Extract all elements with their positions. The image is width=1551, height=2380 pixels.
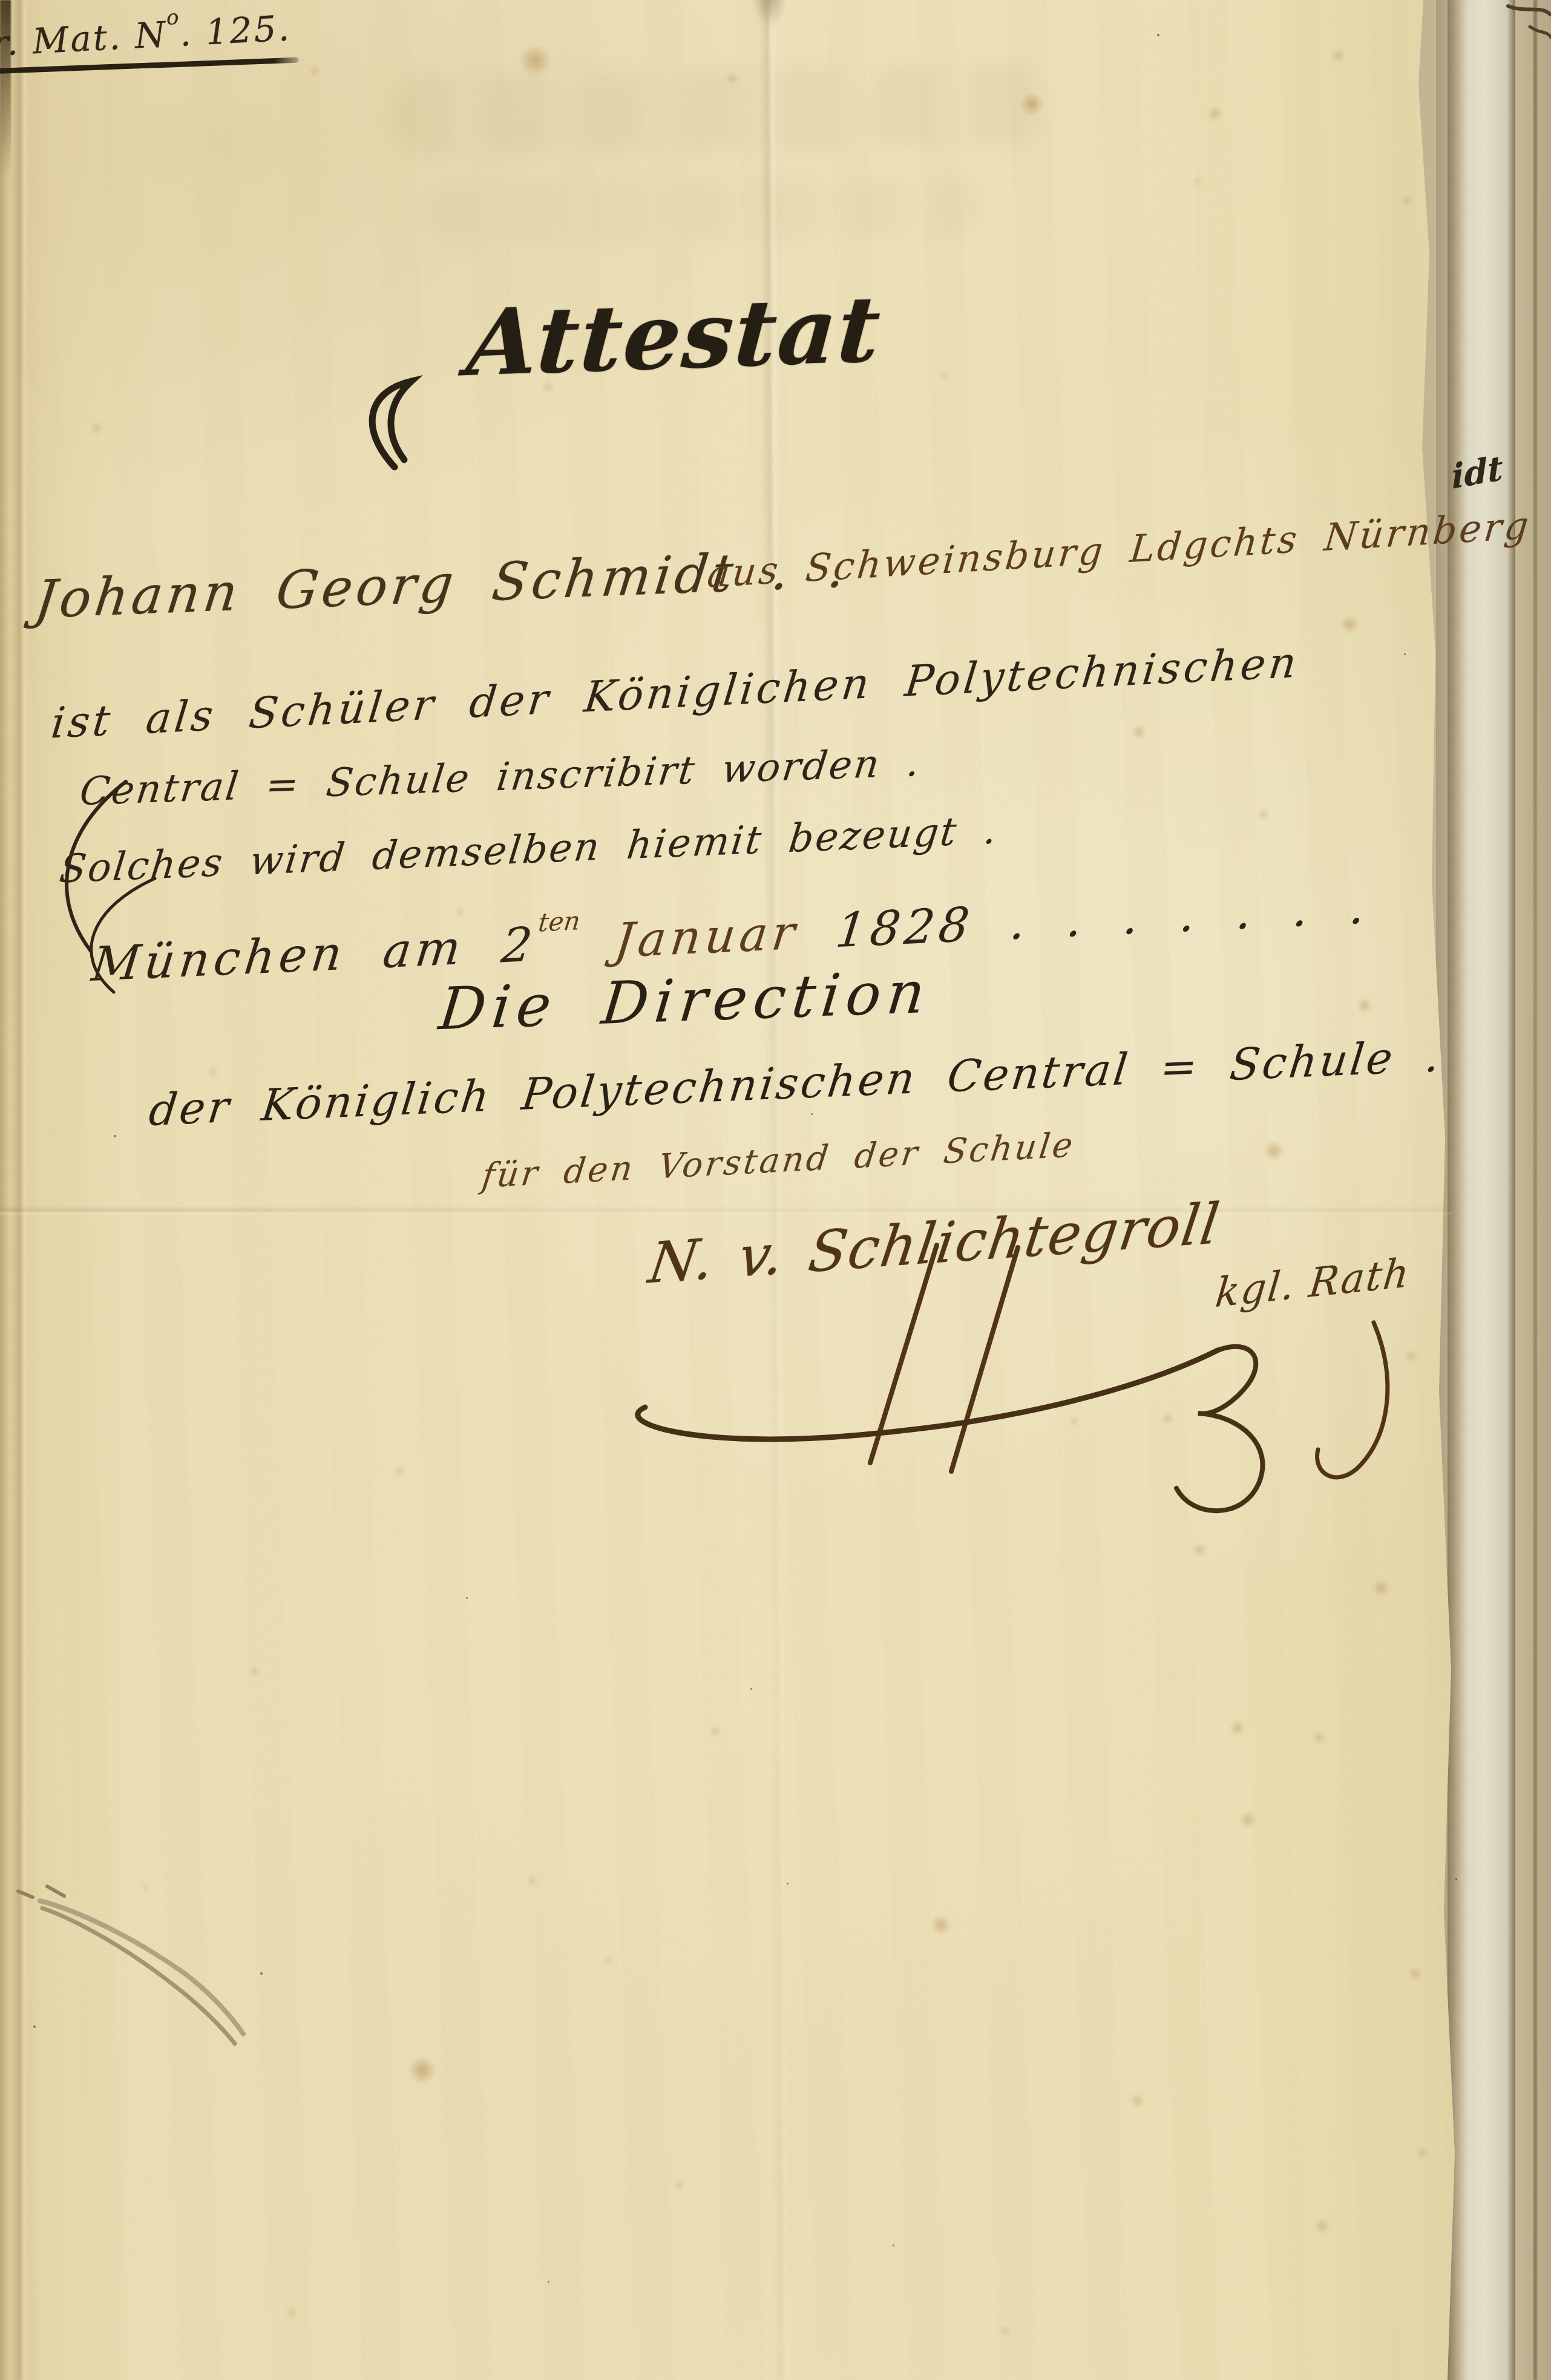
- fox-spot: [310, 67, 320, 76]
- ink-speck: [811, 1113, 813, 1115]
- fox-spot: [91, 422, 103, 434]
- fox-spot: [1357, 998, 1372, 1013]
- fox-spot: [286, 2307, 297, 2318]
- fox-spot: [1132, 725, 1146, 739]
- binding-shadow: [0, 0, 8, 2380]
- fox-spot: [1001, 2326, 1011, 2335]
- fox-spot: [1315, 2219, 1330, 2234]
- ink-speck: [548, 2281, 549, 2283]
- ink-speck: [1404, 653, 1406, 655]
- fox-spot: [249, 1666, 259, 1676]
- fox-spot: [674, 2180, 684, 2190]
- ink-speck: [466, 1597, 468, 1599]
- fox-spot: [1070, 1417, 1078, 1426]
- fox-spot: [142, 1884, 149, 1891]
- page-title: Attestat: [464, 276, 885, 397]
- fox-spot: [1264, 1141, 1284, 1160]
- fox-spot: [727, 73, 738, 84]
- fox-spot: [1230, 1721, 1245, 1735]
- ink-speck: [1455, 1878, 1457, 1880]
- fox-spot: [1332, 49, 1345, 62]
- fox-spot: [1021, 93, 1043, 115]
- fox-spot: [395, 1466, 404, 1476]
- ink-speck: [33, 2025, 36, 2028]
- fox-spot: [528, 1875, 537, 1885]
- fox-spot: [1402, 196, 1412, 206]
- fox-spot: [1131, 2094, 1144, 2107]
- date-day: 2: [499, 917, 539, 973]
- fox-spot: [1417, 2148, 1428, 2159]
- fox-spot: [1208, 106, 1222, 121]
- fox-spot: [1258, 809, 1269, 820]
- fox-spot: [520, 45, 551, 76]
- horizontal-fold-crease: [0, 1206, 1452, 1216]
- fox-spot: [931, 1915, 951, 1935]
- document-scan: r. Mat. No. 125. Attestat Johann Georg S…: [0, 0, 1551, 2380]
- date-year: 1828: [833, 898, 976, 959]
- fox-spot: [1405, 1350, 1417, 1362]
- fox-spot: [409, 2057, 436, 2084]
- fox-spot: [710, 1726, 721, 1737]
- binding-crease: [12, 0, 29, 2380]
- ink-bleedthrough: [426, 175, 978, 246]
- fox-spot: [1409, 1967, 1421, 1980]
- ink-speck: [260, 1972, 263, 1975]
- ink-speck: [893, 2244, 894, 2246]
- fox-spot: [1162, 1413, 1173, 1424]
- ink-bleedthrough: [393, 66, 1048, 155]
- ink-speck: [787, 1883, 789, 1885]
- ink-speck: [114, 1135, 116, 1137]
- matriculation-number-sup: o: [166, 5, 180, 30]
- fox-spot: [208, 1067, 218, 1077]
- date-day-suffix: ten: [537, 906, 582, 937]
- date-month: Januar: [612, 906, 802, 969]
- fox-spot: [1341, 616, 1358, 633]
- ink-speck: [1157, 34, 1159, 36]
- fox-spot: [1194, 177, 1202, 186]
- fox-spot: [1313, 1731, 1325, 1744]
- under-page-edge-inner: [1448, 0, 1515, 2380]
- top-edge-tear: [746, 0, 793, 68]
- matriculation-number-post: . 125.: [179, 7, 292, 54]
- fox-spot: [940, 371, 948, 379]
- under-page-edge-line: [1533, 0, 1537, 2380]
- fox-spot: [1372, 1580, 1389, 1597]
- fox-spot: [1240, 1812, 1256, 1828]
- ink-speck: [750, 1688, 752, 1690]
- fox-spot: [604, 1956, 612, 1964]
- fox-spot: [1193, 1543, 1206, 1557]
